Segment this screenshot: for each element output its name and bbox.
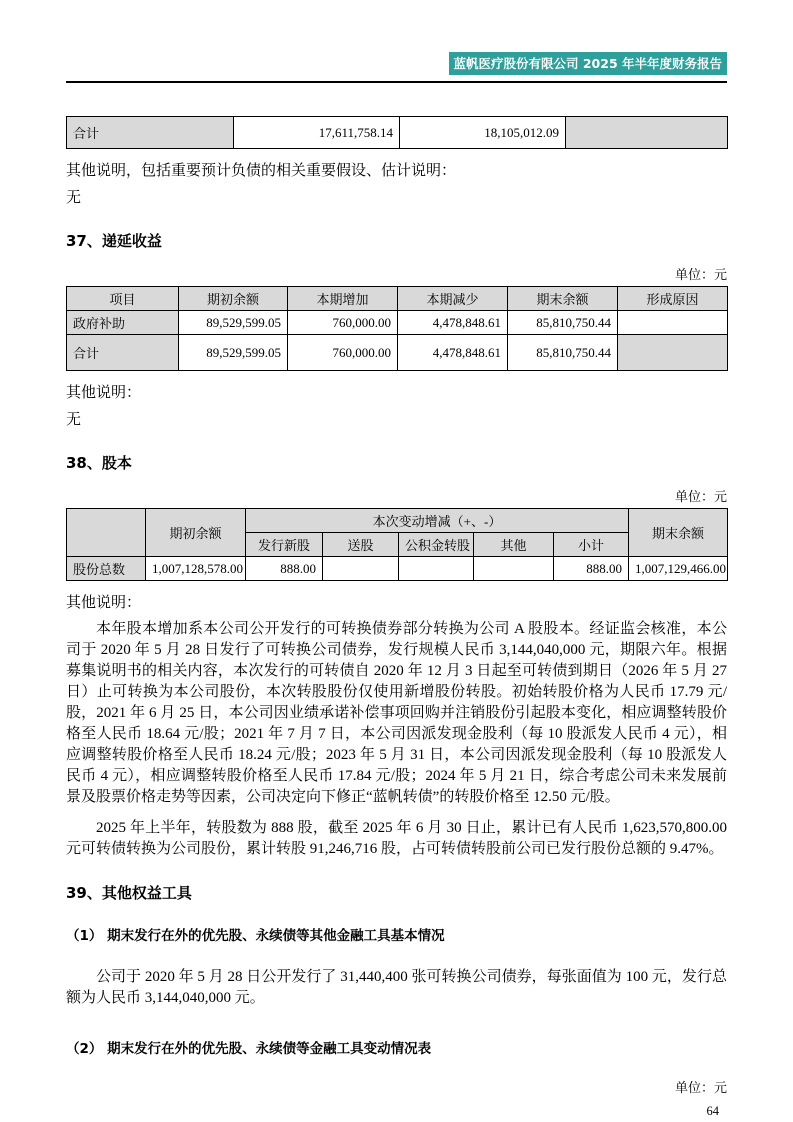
row-label: 合计 [67,335,179,371]
opening-value: 89,529,599.05 [179,311,288,335]
section-39-sub2-heading: （2） 期末发行在外的优先股、永续债等金融工具变动情况表 [66,1041,727,1058]
share-capital-table: 期初余额 本次变动增减（+、-） 期末余额 发行新股 送股 公积金转股 其他 小… [66,508,728,581]
unit-label-37: 单位：元 [66,267,727,282]
col-header-other: 其他 [474,533,554,557]
other-value [474,557,554,581]
section-37-note-value: 无 [66,410,727,430]
table-row: 政府补助 89,529,599.05 760,000.00 4,478,848.… [67,311,728,335]
decrease-value: 4,478,848.61 [398,311,508,335]
blank-corner-cell [67,509,146,557]
deferred-income-table: 项目 期初余额 本期增加 本期减少 期末余额 形成原因 政府补助 89,529,… [66,286,728,371]
col-header-new-shares: 发行新股 [246,533,323,557]
section-39-sub1-heading: （1） 期末发行在外的优先股、永续债等其他金融工具基本情况 [66,928,727,945]
col-header-decrease: 本期减少 [398,287,508,311]
increase-value: 760,000.00 [288,335,398,371]
table-header-row: 项目 期初余额 本期增加 本期减少 期末余额 形成原因 [67,287,728,311]
section-38-note-label: 其他说明： [66,593,727,613]
reserve-transfer-value [399,557,474,581]
col-header-bonus-shares: 送股 [323,533,399,557]
row-label: 政府补助 [67,311,179,335]
col-header-reserve-transfer: 公积金转股 [399,533,474,557]
unit-label-39: 单位：元 [66,1080,727,1095]
provisions-note-value: 无 [66,188,727,208]
closing-value: 85,810,750.44 [508,311,618,335]
share-capital-paragraph-1: 本年股本增加系本公司公开发行的可转换债券部分转换为公司 A 股股本。经证监会核准… [66,619,727,808]
total-col1-value: 17,611,758.14 [234,117,400,149]
section-39-heading: 39、其他权益工具 [66,884,727,902]
report-title-highlight: 蓝帆医疗股份有限公司 2025 年半年度财务报告 [449,52,728,75]
reason-cell [618,335,728,371]
table-row: 股份总数 1,007,128,578.00 888.00 888.00 1,00… [67,557,728,581]
section-38-heading: 38、股本 [66,454,727,472]
total-col2-value: 18,105,012.09 [400,117,566,149]
closing-value: 1,007,129,466.00 [629,557,728,581]
col-header-closing: 期末余额 [629,509,728,557]
col-header-opening: 期初余额 [179,287,288,311]
reason-cell [618,311,728,335]
col-header-subtotal: 小计 [554,533,629,557]
page-header: 蓝帆医疗股份有限公司 2025 年半年度财务报告 [66,0,727,83]
col-header-reason: 形成原因 [618,287,728,311]
opening-value: 89,529,599.05 [179,335,288,371]
bonus-shares-value [323,557,399,581]
col-header-item: 项目 [67,287,179,311]
provisions-total-table: 合计 17,611,758.14 18,105,012.09 [66,116,728,149]
decrease-value: 4,478,848.61 [398,335,508,371]
col-header-increase: 本期增加 [288,287,398,311]
closing-value: 85,810,750.44 [508,335,618,371]
share-capital-paragraph-2: 2025 年上半年，转股数为 888 股，截至 2025 年 6 月 30 日止… [66,818,727,860]
unit-label-38: 单位：元 [66,489,727,504]
increase-value: 760,000.00 [288,311,398,335]
section-37-note-label: 其他说明： [66,383,727,403]
table-header-row: 期初余额 本次变动增减（+、-） 期末余额 [67,509,728,533]
section-39-sub1-paragraph: 公司于 2020 年 5 月 28 日公开发行了 31,440,400 张可转换… [66,967,727,1009]
col-header-opening: 期初余额 [146,509,246,557]
document-page: 蓝帆医疗股份有限公司 2025 年半年度财务报告 合计 17,611,758.1… [0,0,793,1122]
table-row: 合计 89,529,599.05 760,000.00 4,478,848.61… [67,335,728,371]
table-row: 合计 17,611,758.14 18,105,012.09 [67,117,728,149]
total-empty-cell [566,117,728,149]
provisions-note-label: 其他说明，包括重要预计负债的相关重要假设、估计说明： [66,161,727,181]
col-header-closing: 期末余额 [508,287,618,311]
row-label: 股份总数 [67,557,146,581]
total-row-label: 合计 [67,117,234,149]
new-shares-value: 888.00 [246,557,323,581]
col-header-change-group: 本次变动增减（+、-） [246,509,629,533]
opening-value: 1,007,128,578.00 [146,557,246,581]
page-number: 64 [66,1104,727,1118]
section-37-heading: 37、递延收益 [66,232,727,250]
subtotal-value: 888.00 [554,557,629,581]
